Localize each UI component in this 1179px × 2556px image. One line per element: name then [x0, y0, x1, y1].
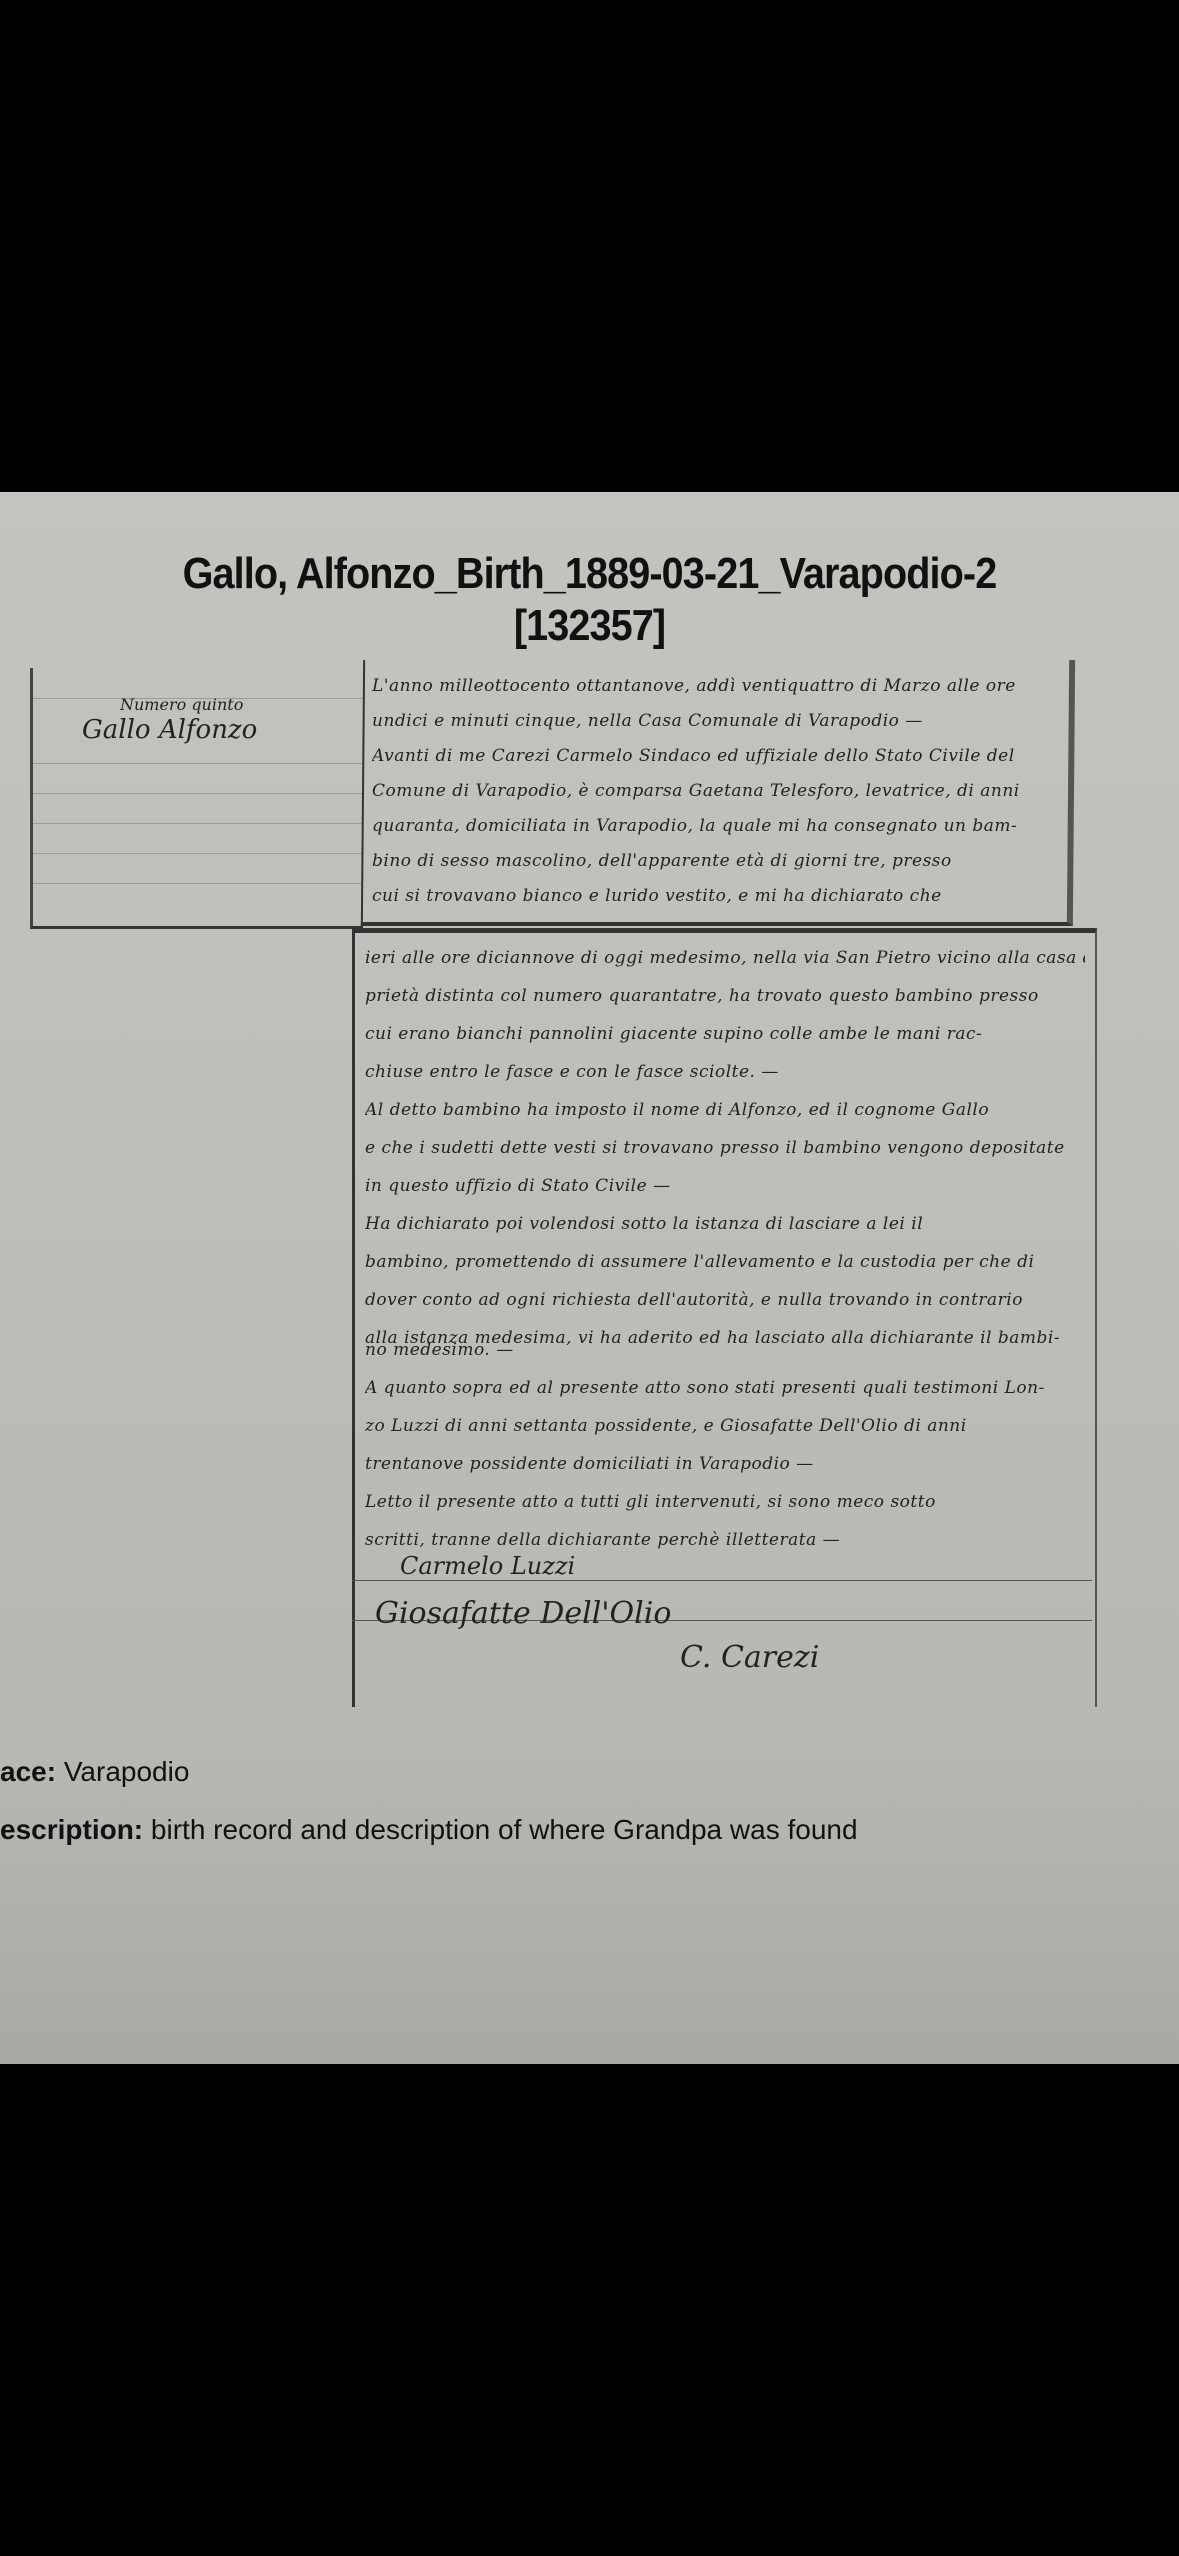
record-line: in questo uffizio di Stato Civile —	[365, 1176, 1085, 1196]
margin-note-number: Numero quinto	[120, 695, 243, 714]
record-line: scritti, tranne della dichiarante perchè…	[365, 1530, 1085, 1550]
record-line: dover conto ad ogni richiesta dell'autor…	[365, 1290, 1085, 1310]
record-line: bino di sesso mascolino, dell'apparente …	[372, 851, 1062, 871]
record-line: prietà distinta col numero quarantatre, …	[365, 986, 1085, 1006]
record-bottom-box	[352, 928, 1097, 1707]
record-line: trentanove possidente domiciliati in Var…	[365, 1454, 1085, 1474]
record-line: Comune di Varapodio, è comparsa Gaetana …	[372, 781, 1062, 801]
description-value: birth record and description of where Gr…	[151, 1814, 858, 1845]
signature-official: C. Carezi	[680, 1640, 819, 1675]
record-line: Letto il presente atto a tutti gli inter…	[365, 1492, 1085, 1512]
record-line: A quanto sopra ed al presente atto sono …	[365, 1378, 1085, 1398]
signature-witness-1: Carmelo Luzzi	[400, 1552, 575, 1580]
record-line: cui si trovavano bianco e lurido vestito…	[372, 886, 1062, 906]
record-line: Avanti di me Carezi Carmelo Sindaco ed u…	[372, 746, 1062, 766]
place-label: ace:	[0, 1756, 56, 1787]
title-record-id: [132357]	[59, 600, 1120, 652]
record-line: no medesimo. —	[365, 1340, 1085, 1360]
record-line: undici e minuti cinque, nella Casa Comun…	[372, 711, 1062, 731]
document-title: Gallo, Alfonzo_Birth_1889-03-21_Varapodi…	[59, 548, 1120, 652]
record-line: Al detto bambino ha imposto il nome di A…	[365, 1100, 1085, 1120]
record-line: chiuse entro le fasce e con le fasce sci…	[365, 1062, 1085, 1082]
record-line: L'anno milleottocento ottantanove, addì …	[372, 676, 1062, 696]
record-line: cui erano bianchi pannolini giacente sup…	[365, 1024, 1085, 1044]
signature-witness-2: Giosafatte Dell'Olio	[375, 1596, 671, 1631]
description-label: escription:	[0, 1814, 143, 1845]
record-line: e che i sudetti dette vesti si trovavano…	[365, 1138, 1085, 1158]
record-line: bambino, promettendo di assumere l'allev…	[365, 1252, 1085, 1272]
margin-note-name: Gallo Alfonzo	[82, 715, 257, 745]
place-value: Varapodio	[64, 1756, 190, 1787]
record-line: ieri alle ore diciannove di oggi medesim…	[365, 948, 1085, 968]
title-line-1: Gallo, Alfonzo_Birth_1889-03-21_Varapodi…	[183, 549, 997, 598]
record-line: Ha dichiarato poi volendosi sotto la ist…	[365, 1214, 1085, 1234]
place-caption: ace: Varapodio	[0, 1756, 189, 1788]
record-line: quaranta, domiciliata in Varapodio, la q…	[372, 816, 1062, 836]
record-line: zo Luzzi di anni settanta possidente, e …	[365, 1416, 1085, 1436]
description-caption: escription: birth record and description…	[0, 1814, 858, 1846]
